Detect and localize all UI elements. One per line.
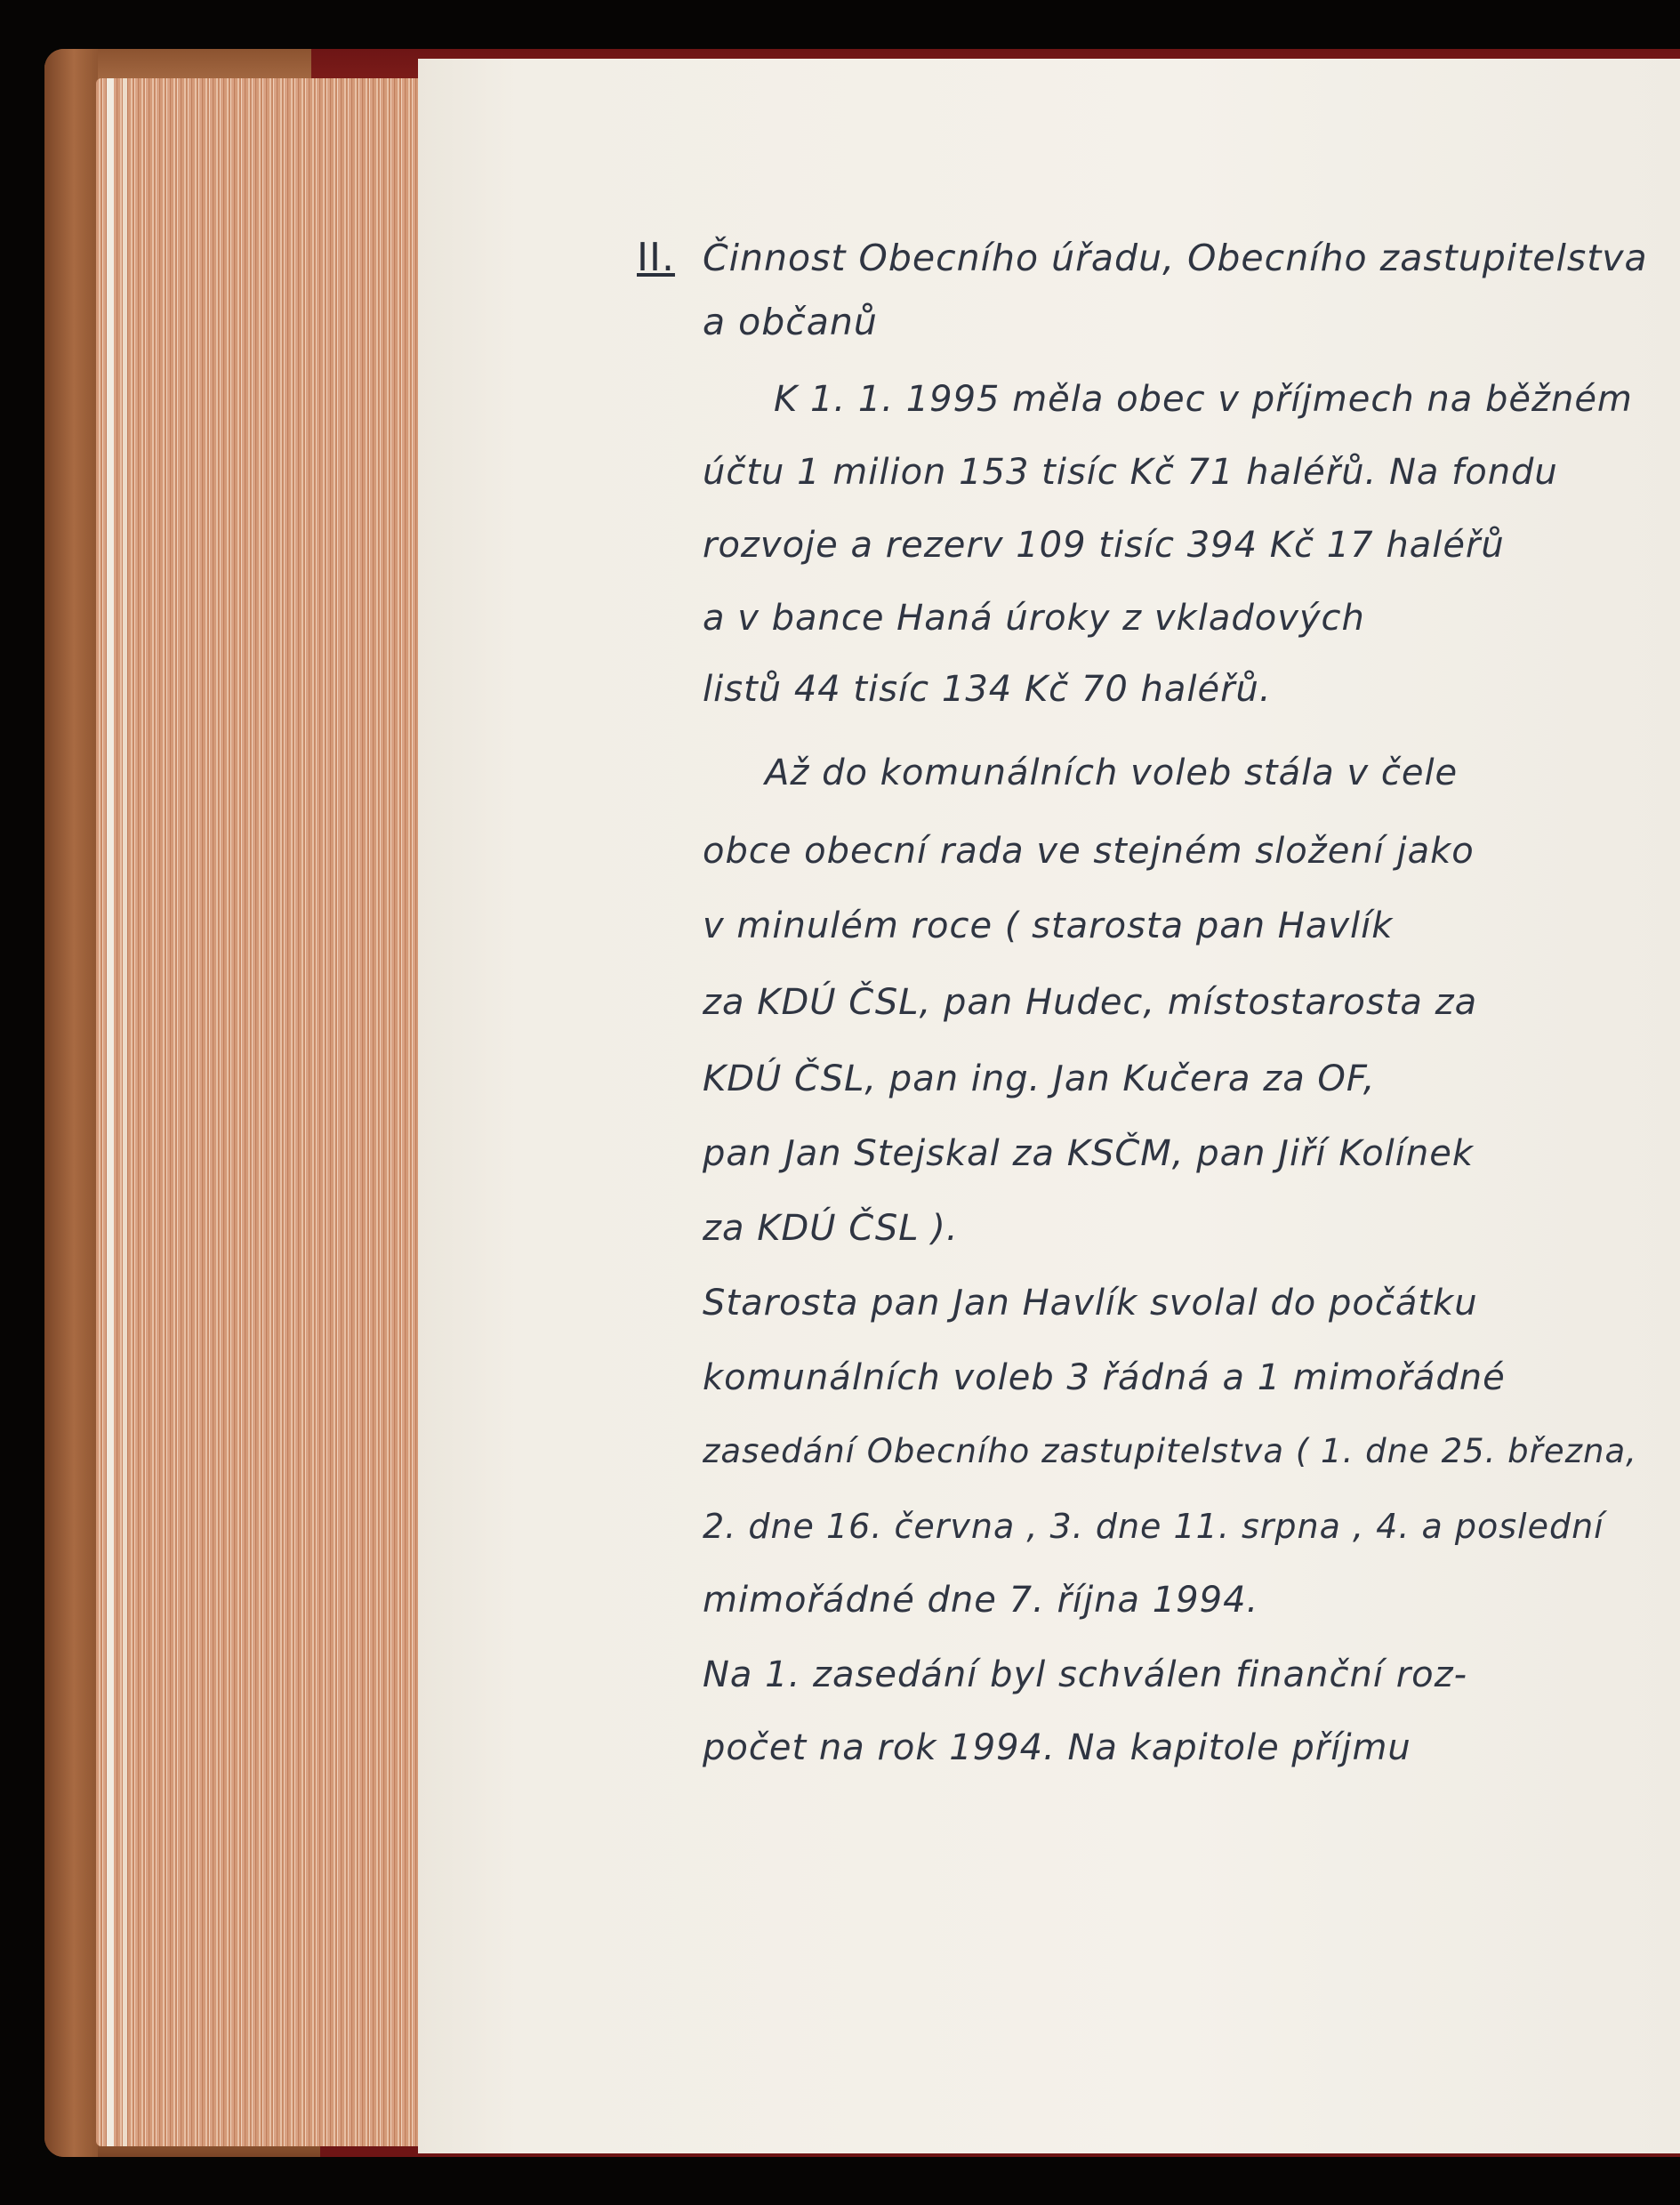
scanned-book-page: II. Činnost Obecního úřadu, Obecního zas… [0,0,1680,2205]
text-line: za KDÚ ČSL ). [703,1208,959,1249]
section-heading-line-1: Činnost Obecního úřadu, Obecního zastupi… [703,237,1648,279]
page-edges-stack [96,78,418,2146]
page-edge-light [107,78,114,2146]
text-line: Na 1. zasedání byl schválen finanční roz… [703,1654,1467,1695]
page-edge-light [123,78,127,2146]
page-content: II. Činnost Obecního úřadu, Obecního zas… [418,59,1680,2153]
handwritten-page: II. Činnost Obecního úřadu, Obecního zas… [418,59,1680,2153]
text-line: počet na rok 1994. Na kapitole příjmu [703,1727,1411,1768]
text-line: komunálních voleb 3 řádná a 1 mimořádné [703,1357,1506,1398]
text-line: zasedání Obecního zastupitelstva ( 1. dn… [703,1432,1637,1470]
text-line: účtu 1 milion 153 tisíc Kč 71 haléřů. Na… [703,452,1558,493]
text-line: za KDÚ ČSL, pan Hudec, místostarosta za [703,982,1477,1023]
cover-spine-edge [44,49,98,2157]
text-line: K 1. 1. 1995 měla obec v příjmech na běž… [774,379,1633,420]
text-line: Starosta pan Jan Havlík svolal do počátk… [703,1283,1478,1324]
section-heading-line-2: a občanů [703,301,878,343]
text-line: rozvoje a rezerv 109 tisíc 394 Kč 17 hal… [703,525,1505,566]
text-line: v minulém roce ( starosta pan Havlík [703,905,1393,946]
text-line: a v bance Haná úroky z vkladových [703,598,1365,639]
text-line: listů 44 tisíc 134 Kč 70 haléřů. [703,669,1272,710]
text-line: Až do komunálních voleb stála v čele [765,752,1458,793]
text-line: 2. dne 16. června , 3. dne 11. srpna , 4… [703,1507,1604,1546]
text-line: pan Jan Stejskal za KSČM, pan Jiří Kolín… [703,1133,1474,1174]
text-line: KDÚ ČSL, pan ing. Jan Kučera za OF, [703,1058,1375,1099]
section-number: II. [637,235,675,280]
text-line: obce obecní rada ve stejném složení jako [703,831,1475,872]
text-line: mimořádné dne 7. října 1994. [703,1580,1258,1621]
